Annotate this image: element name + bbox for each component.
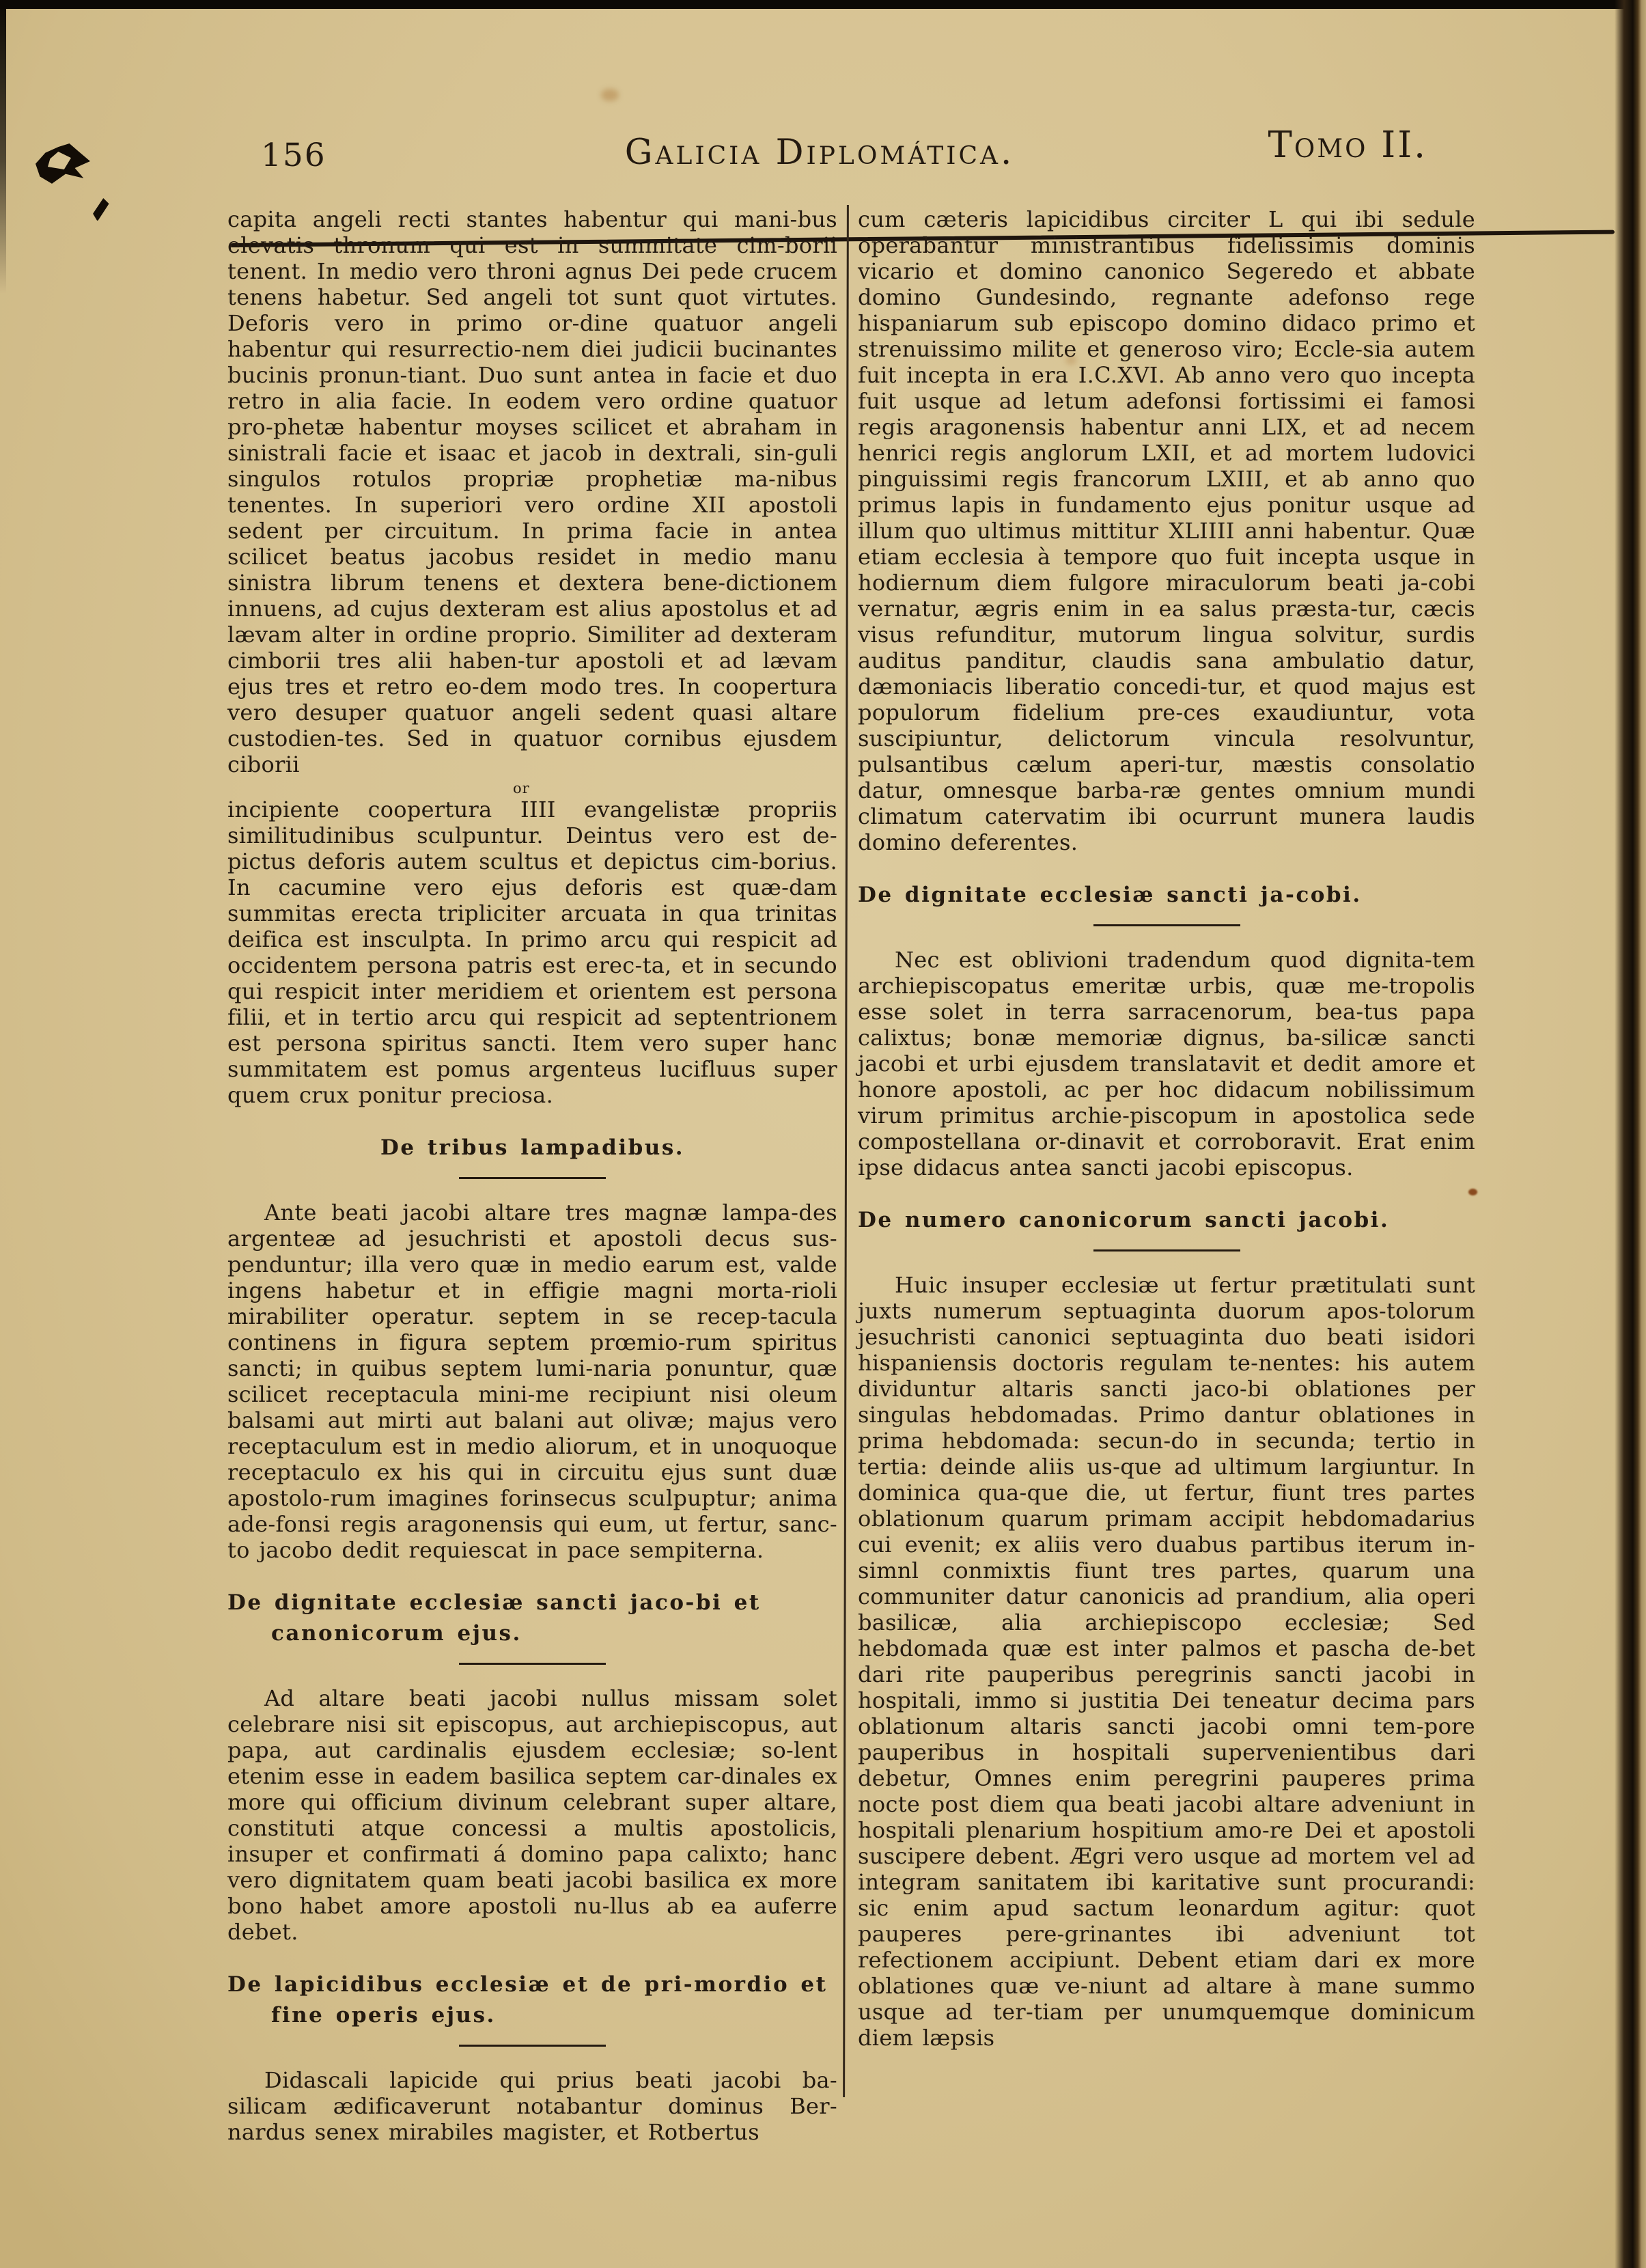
volume-title: Tomo II.	[1268, 124, 1427, 166]
scan-edge-left	[0, 0, 6, 294]
ink-blot-tail	[91, 197, 110, 223]
journal-title: Galicia Diplomática.	[205, 133, 1434, 173]
text-column-left: capita angeli recti stantes habentur qui…	[227, 206, 837, 2145]
scanned-page: 156 Galicia Diplomática. Tomo II. capita…	[0, 0, 1646, 2268]
heading-rule	[1093, 1249, 1240, 1251]
paragraph: capita angeli recti stantes habentur qui…	[227, 206, 837, 777]
text-column-right: cum cæteris lapicidibus circiter L qui i…	[858, 206, 1475, 2051]
interline-correction: or	[513, 780, 837, 797]
paragraph: Ante beati jacobi altare tres magnæ lamp…	[227, 1200, 837, 1563]
paragraph: incipiente coopertura IIII evangelistæ p…	[227, 797, 837, 1108]
section-heading: De dignitate ecclesiæ sancti jaco-bi et …	[227, 1588, 837, 1649]
heading-rule	[1093, 924, 1240, 926]
heading-rule	[459, 2045, 606, 2047]
paragraph: Huic insuper ecclesiæ ut fertur prætitul…	[858, 1272, 1475, 2051]
heading-rule	[459, 1177, 606, 1179]
scan-edge-right	[1615, 0, 1646, 2268]
foxing-spot	[601, 89, 619, 101]
section-heading: De numero canonicorum sancti jacobi.	[858, 1205, 1475, 1236]
heading-rule	[459, 1663, 606, 1665]
paragraph: Didascali lapicide qui prius beati jacob…	[227, 2067, 837, 2145]
paragraph: cum cæteris lapicidibus circiter L qui i…	[858, 206, 1475, 855]
paragraph: Nec est oblivioni tradendum quod dignita…	[858, 947, 1475, 1180]
section-heading: De tribus lampadibus.	[227, 1133, 837, 1163]
column-divider	[843, 205, 849, 2097]
section-heading: De lapicidibus ecclesiæ et de pri-mordio…	[227, 1969, 837, 2031]
section-heading: De dignitate ecclesiæ sancti ja-cobi.	[858, 880, 1475, 911]
scan-edge-top	[0, 0, 1646, 9]
paragraph: Ad altare beati jacobi nullus missam sol…	[227, 1685, 837, 1945]
